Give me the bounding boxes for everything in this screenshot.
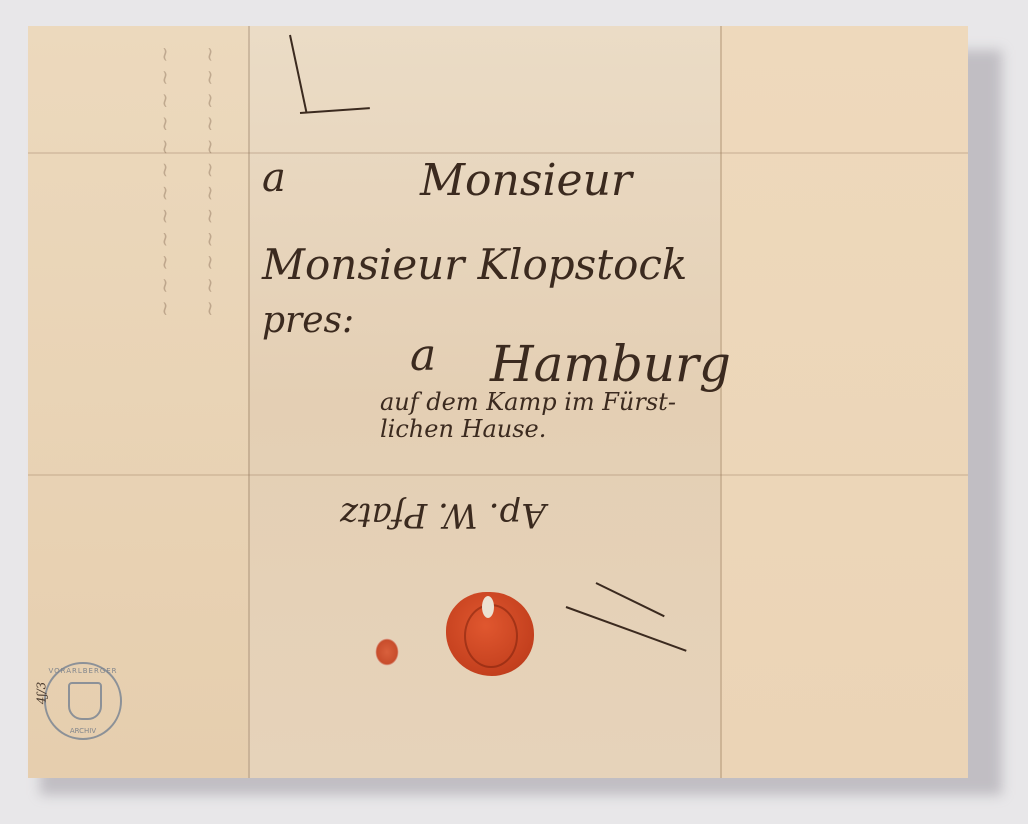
address-city: Hamburg xyxy=(490,335,731,393)
right-fold-panel xyxy=(720,26,968,778)
vertical-fold-line xyxy=(720,26,722,778)
bleed-through-text: ~ ~ ~ ~ ~ ~ ~ ~ ~ ~ ~ ~ xyxy=(199,46,223,317)
archive-stamp: VORARLBERGER ARCHIV xyxy=(44,662,122,740)
address-line-2: Monsieur Klopstock xyxy=(262,240,687,289)
wax-seal xyxy=(446,592,534,676)
address-line-5: auf dem Kamp im Fürst- xyxy=(380,388,676,416)
stamp-bottom-text: ARCHIV xyxy=(46,727,120,735)
horizontal-fold-line xyxy=(28,474,968,476)
shield-icon xyxy=(68,682,102,720)
bleed-through-text: ~ ~ ~ ~ ~ ~ ~ ~ ~ ~ ~ ~ xyxy=(154,46,178,317)
address-line-3: pres: xyxy=(262,300,354,341)
address-prefix: a xyxy=(262,155,286,201)
address-line-1: Monsieur xyxy=(420,155,632,206)
seal-damage xyxy=(482,596,494,618)
wax-fragment xyxy=(375,638,399,666)
vertical-fold-line xyxy=(248,26,250,778)
stamp-top-text: VORARLBERGER xyxy=(46,667,120,675)
address-city-prefix: a xyxy=(410,330,436,381)
margin-note: 4ʃ/3 xyxy=(34,682,48,705)
address-line-6: lichen Hause. xyxy=(380,415,546,443)
upside-down-note: Ap. W. Pfatz xyxy=(340,495,546,535)
